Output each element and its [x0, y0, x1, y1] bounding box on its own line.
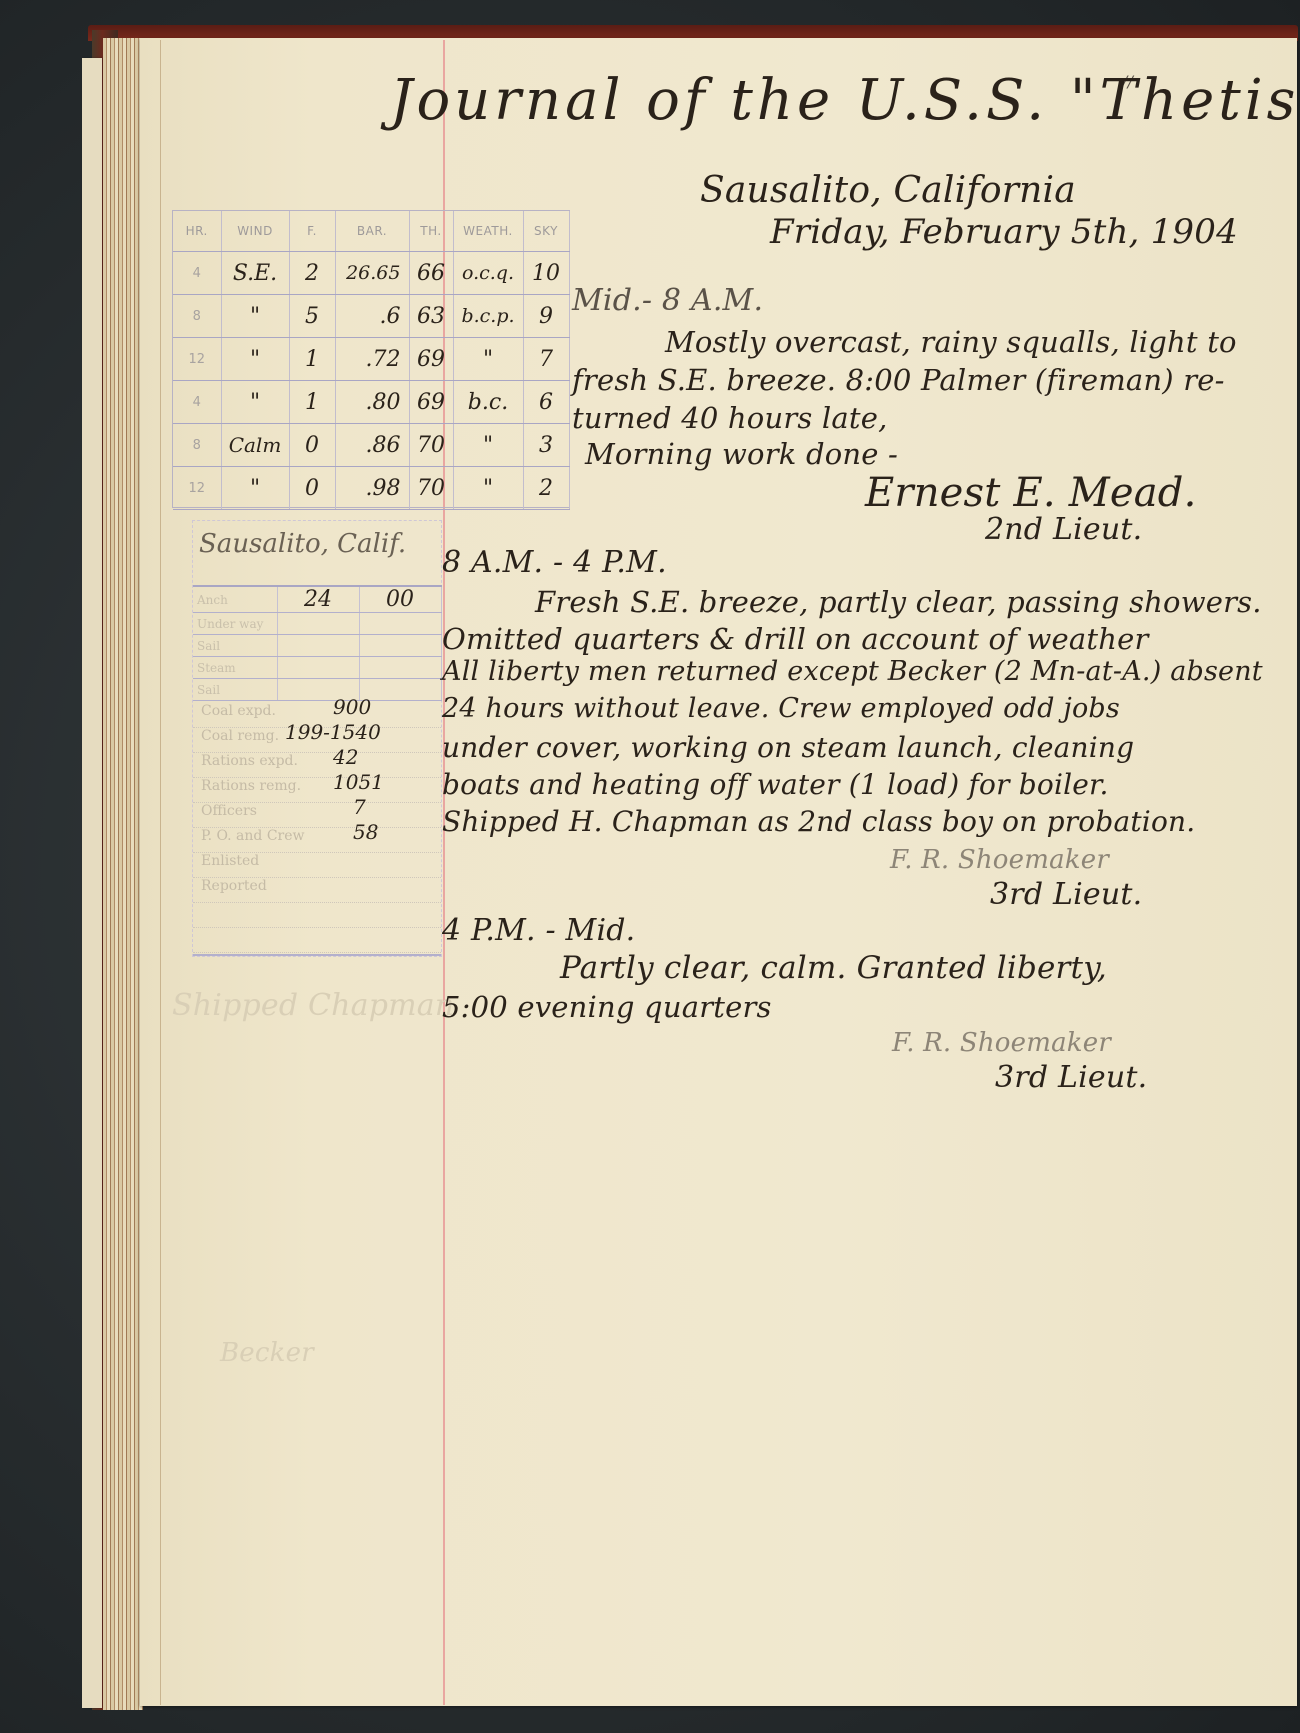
- cell-wind: ": [221, 381, 289, 424]
- entry-line: All liberty men returned except Becker (…: [442, 656, 1263, 687]
- runs-row: Under way: [193, 613, 441, 635]
- cell-bar: 26.65: [335, 252, 409, 295]
- runs-hours: [277, 657, 359, 679]
- weather-table-header: HR. WIND F. BAR. TH. WEATH. SKY: [173, 211, 569, 252]
- stats-value: 199-1540: [285, 720, 381, 744]
- officer-signature: F. R. Shoemaker: [890, 845, 1109, 875]
- col-force: F.: [289, 211, 335, 252]
- runs-hours: [277, 613, 359, 635]
- stats-value: 1051: [333, 770, 384, 794]
- cell-weath: ": [453, 424, 523, 467]
- cell-weath: ": [453, 467, 523, 510]
- entry-line: fresh S.E. breeze. 8:00 Palmer (fireman)…: [572, 363, 1225, 397]
- cell-weath: o.c.q.: [453, 252, 523, 295]
- ghost-note-becker: Becker: [220, 1338, 314, 1368]
- watch-heading: Mid.- 8 A.M.: [572, 283, 763, 318]
- officer-rank: 2nd Lieut.: [985, 512, 1142, 547]
- col-bar: BAR.: [335, 211, 409, 252]
- runs-row: Sail: [193, 635, 441, 657]
- weather-row: 8 Calm 0 .86 70 " 3: [173, 424, 569, 467]
- journal-date: Friday, February 5th, 1904: [770, 212, 1238, 252]
- runs-label: Under way: [193, 613, 277, 635]
- journal-title: Journal of the U.S.S. "Thetis": [390, 68, 1300, 133]
- entry-line: Omitted quarters & drill on account of w…: [442, 622, 1149, 656]
- weather-row: 12 " 1 .72 69 " 7: [173, 338, 569, 381]
- stacked-page-edges: [103, 38, 143, 1710]
- cell-hr: 12: [173, 467, 221, 510]
- cell-th: 69: [409, 381, 453, 424]
- cell-sky: 9: [523, 295, 569, 338]
- stats-label: Rations remg.: [201, 778, 301, 794]
- entry-line: Morning work done -: [585, 437, 898, 471]
- stats-label: Coal expd.: [201, 703, 276, 719]
- stats-value: 7: [353, 795, 366, 819]
- stats-value: 900: [333, 695, 371, 719]
- cell-wind: ": [221, 295, 289, 338]
- cell-sky: 2: [523, 467, 569, 510]
- runs-hours: [277, 635, 359, 657]
- ghost-note-shipped: Shipped Chapman: [172, 988, 454, 1023]
- cell-sky: 10: [523, 252, 569, 295]
- runs-minutes: [359, 679, 441, 701]
- officer-signature: F. R. Shoemaker: [892, 1028, 1111, 1058]
- cell-weath: ": [453, 338, 523, 381]
- runs-grid: Anch 24 00 Under way Sail Steam Sail: [193, 585, 442, 701]
- entry-line: boats and heating off water (1 load) for…: [442, 768, 1109, 801]
- journal-location: Sausalito, California: [700, 170, 1076, 211]
- cell-bar: .80: [335, 381, 409, 424]
- runs-label: Sail: [193, 679, 277, 701]
- weather-log-table: HR. WIND F. BAR. TH. WEATH. SKY 4 S.E. 2…: [172, 210, 570, 508]
- col-hr: HR.: [173, 211, 221, 252]
- cell-hr: 8: [173, 295, 221, 338]
- cell-weath: b.c.: [453, 381, 523, 424]
- cell-th: 70: [409, 424, 453, 467]
- stats-blank-line: [193, 903, 441, 928]
- entry-line: 5:00 evening quarters: [442, 990, 772, 1024]
- stats-value: 58: [353, 820, 378, 844]
- col-th: TH.: [409, 211, 453, 252]
- entry-line: Fresh S.E. breeze, partly clear, passing…: [535, 585, 1262, 619]
- cell-sky: 3: [523, 424, 569, 467]
- stats-location: Sausalito, Calif.: [199, 529, 406, 559]
- stats-item-crew: P. O. and Crew58: [193, 828, 441, 853]
- daily-stats-box: Sausalito, Calif. Anch 24 00 Under way S…: [192, 520, 442, 957]
- cell-sky: 7: [523, 338, 569, 381]
- cell-wind: ": [221, 467, 289, 510]
- runs-row: Steam: [193, 657, 441, 679]
- col-sky: SKY: [523, 211, 569, 252]
- stats-item-coal-remg: Coal remg.199-1540: [193, 728, 441, 753]
- stats-item-rations-remg: Rations remg.1051: [193, 778, 441, 803]
- officer-rank: 3rd Lieut.: [995, 1060, 1147, 1095]
- cell-th: 63: [409, 295, 453, 338]
- page-left-rule: [160, 40, 161, 1705]
- stats-label: Reported: [201, 878, 267, 894]
- stats-item-officers: Officers7: [193, 803, 441, 828]
- runs-label: Sail: [193, 635, 277, 657]
- runs-row: Sail: [193, 679, 441, 701]
- runs-minutes: [359, 657, 441, 679]
- cell-hr: 4: [173, 252, 221, 295]
- stats-label: Enlisted: [201, 853, 259, 869]
- flyleaf-edge: [82, 58, 102, 1708]
- entry-line: turned 40 hours late,: [572, 401, 888, 435]
- weather-row: 4 S.E. 2 26.65 66 o.c.q. 10: [173, 252, 569, 295]
- runs-minutes: [359, 635, 441, 657]
- runs-label: Steam: [193, 657, 277, 679]
- stats-label: Coal remg.: [201, 728, 279, 744]
- col-weath: WEATH.: [453, 211, 523, 252]
- entry-line: Mostly overcast, rainy squalls, light to: [665, 325, 1237, 359]
- cell-bar: .86: [335, 424, 409, 467]
- stats-item-enlisted: Enlisted: [193, 853, 441, 878]
- officer-signature: Ernest E. Mead.: [865, 470, 1197, 516]
- entry-line: 24 hours without leave. Crew employed od…: [442, 693, 1120, 724]
- cell-wind: S.E.: [221, 252, 289, 295]
- stats-label: Officers: [201, 803, 257, 819]
- runs-hours: 24: [277, 586, 359, 613]
- watch-heading: 4 P.M. - Mid.: [442, 913, 635, 948]
- cell-bar: .6: [335, 295, 409, 338]
- cell-force: 1: [289, 338, 335, 381]
- cell-wind: Calm: [221, 424, 289, 467]
- cell-hr: 4: [173, 381, 221, 424]
- cell-hr: 12: [173, 338, 221, 381]
- stats-label: P. O. and Crew: [201, 828, 305, 844]
- stats-bottom-rule: [193, 954, 441, 956]
- stats-blank-line: [193, 928, 441, 953]
- cell-force: 2: [289, 252, 335, 295]
- stats-value: 42: [333, 745, 358, 769]
- cell-bar: .98: [335, 467, 409, 510]
- entry-line: Shipped H. Chapman as 2nd class boy on p…: [442, 805, 1195, 838]
- cell-bar: .72: [335, 338, 409, 381]
- stats-label: Rations expd.: [201, 753, 298, 769]
- cell-th: 66: [409, 252, 453, 295]
- cell-force: 0: [289, 424, 335, 467]
- col-wind: WIND: [221, 211, 289, 252]
- cell-weath: b.c.p.: [453, 295, 523, 338]
- officer-rank: 3rd Lieut.: [990, 877, 1142, 912]
- weather-row: 4 " 1 .80 69 b.c. 6: [173, 381, 569, 424]
- watch-heading: 8 A.M. - 4 P.M.: [442, 545, 667, 580]
- cell-force: 0: [289, 467, 335, 510]
- cell-wind: ": [221, 338, 289, 381]
- runs-row: Anch 24 00: [193, 586, 441, 613]
- weather-row: 8 " 5 .6 63 b.c.p. 9: [173, 295, 569, 338]
- runs-minutes: 00: [359, 586, 441, 613]
- cell-sky: 6: [523, 381, 569, 424]
- cell-force: 1: [289, 381, 335, 424]
- runs-label: Anch: [193, 586, 277, 613]
- cell-force: 5: [289, 295, 335, 338]
- cell-hr: 8: [173, 424, 221, 467]
- stats-item-reported: Reported: [193, 878, 441, 903]
- runs-minutes: [359, 613, 441, 635]
- stats-items: Coal expd.900 Coal remg.199-1540 Rations…: [193, 703, 441, 953]
- entry-line: Partly clear, calm. Granted liberty,: [560, 950, 1107, 986]
- stats-item-rations-expd: Rations expd.42: [193, 753, 441, 778]
- cell-th: 69: [409, 338, 453, 381]
- entry-line: under cover, working on steam launch, cl…: [442, 731, 1134, 764]
- weather-row: 12 " 0 .98 70 " 2: [173, 467, 569, 510]
- cell-th: 70: [409, 467, 453, 510]
